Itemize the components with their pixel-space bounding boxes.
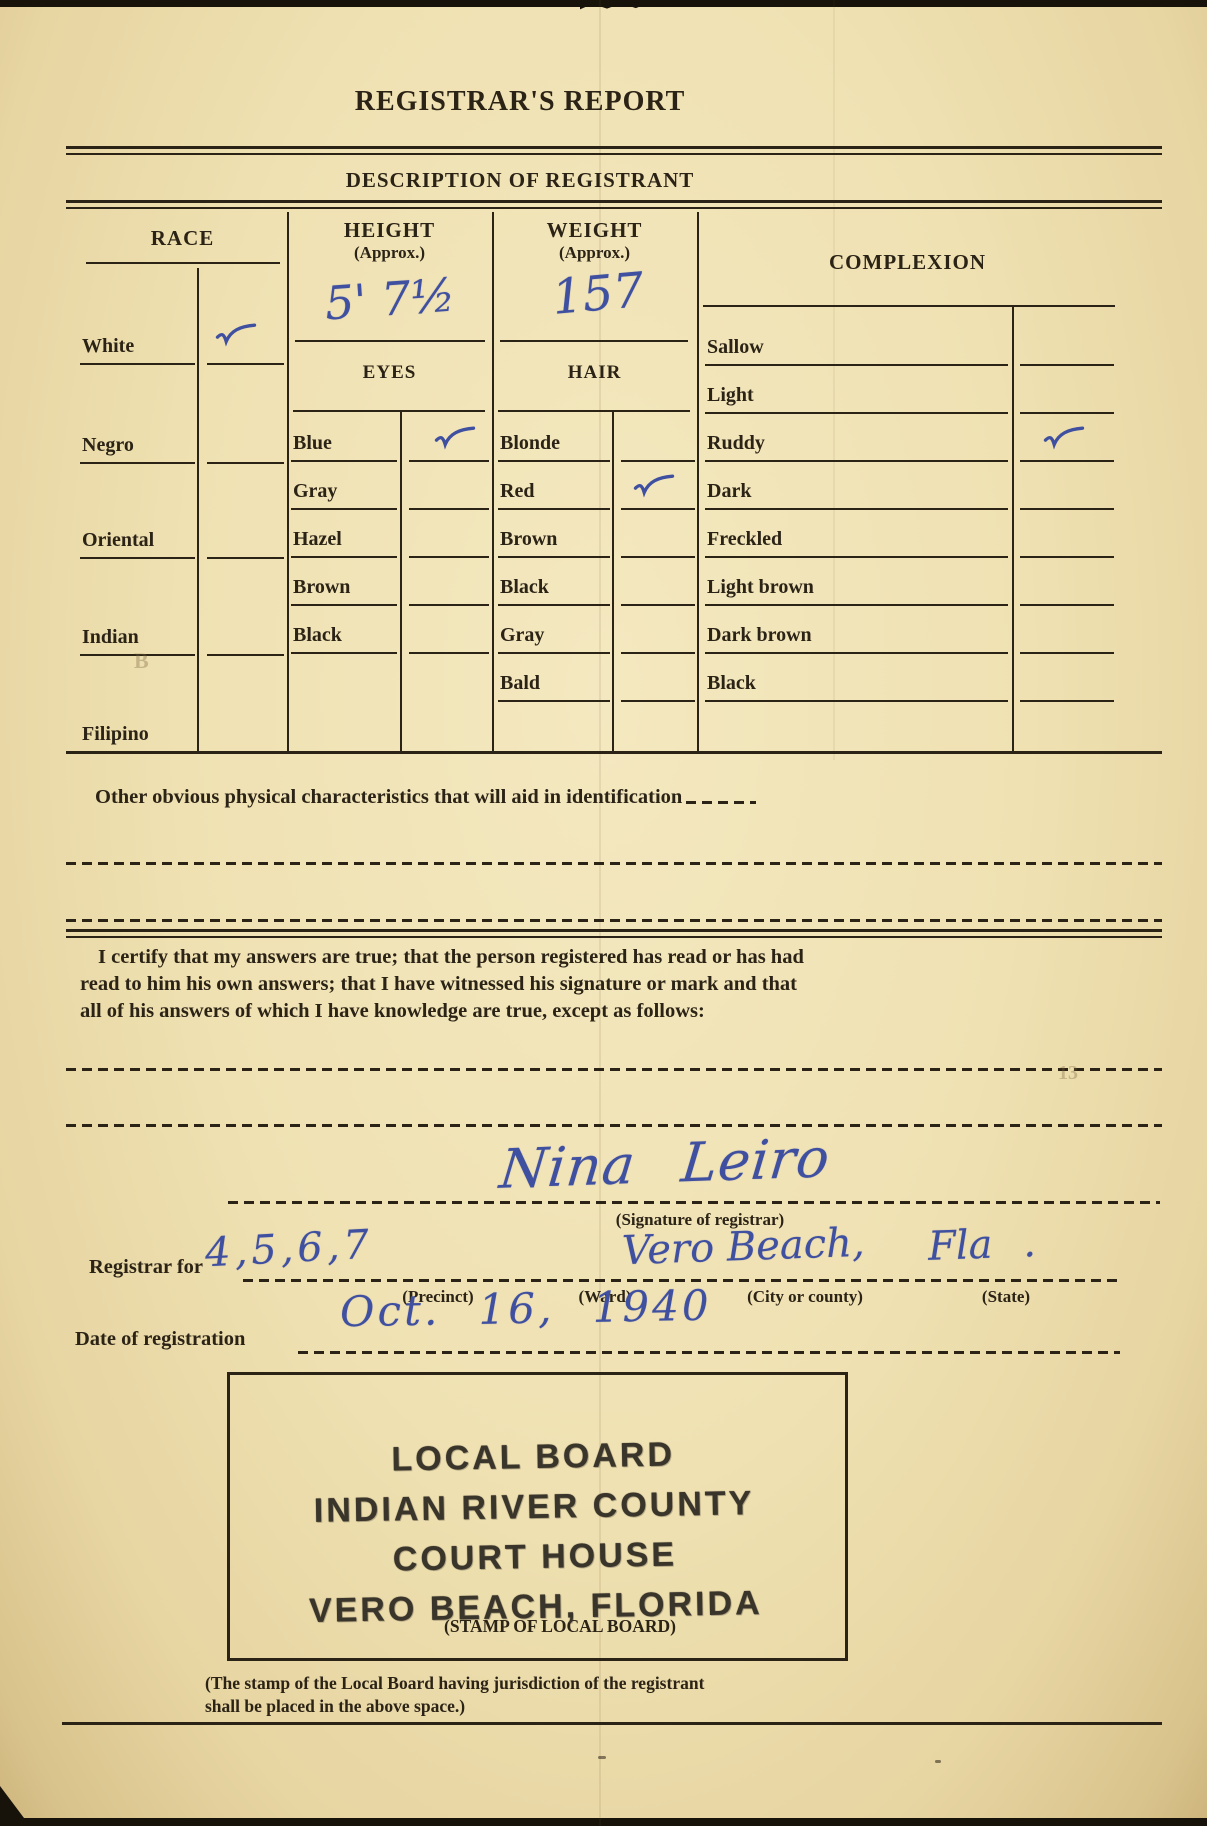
description-table: RACE White Negro Oriental Indian	[78, 212, 1118, 753]
check-line	[409, 508, 489, 510]
complexion-option-label: Sallow	[707, 336, 764, 359]
certification-line: read to him his own answers; that I have…	[80, 971, 964, 998]
table-bottom-rule	[66, 751, 1162, 754]
race-header-rule	[86, 262, 280, 264]
race-option-label: Oriental	[82, 529, 154, 552]
check-line	[207, 557, 284, 559]
check-line	[1020, 508, 1114, 510]
check-line	[1020, 460, 1114, 462]
fill-in-dashes	[686, 801, 756, 804]
race-option-label: Indian	[82, 626, 139, 649]
write-line	[498, 604, 610, 606]
stamp-note-line: (The stamp of the Local Board having jur…	[205, 1672, 925, 1695]
complexion-header: COMPLEXION	[697, 250, 1118, 275]
ink-speck	[598, 1756, 606, 1759]
blank-write-line	[66, 1068, 1162, 1071]
column-divider	[287, 212, 289, 753]
scan-bottom-edge	[0, 1818, 1207, 1826]
write-line	[80, 557, 195, 559]
complexion-option-label: Dark	[707, 480, 751, 503]
eyes-option-label: Brown	[293, 576, 350, 599]
height-subheader: (Approx.)	[287, 243, 492, 263]
hair-header: HAIR	[492, 362, 697, 384]
scan-corner-shadow	[0, 1786, 30, 1826]
blank-write-line	[66, 862, 1162, 865]
certification-line: all of his answers of which I have knowl…	[80, 998, 964, 1025]
check-line	[621, 604, 695, 606]
check-line	[409, 556, 489, 558]
check-line	[621, 508, 695, 510]
race-check-divider	[197, 268, 199, 753]
race-option-label: Filipino	[82, 723, 149, 746]
hair-option-label: Red	[500, 480, 534, 503]
write-line	[705, 556, 1008, 558]
write-line	[705, 604, 1008, 606]
state-value-handwriting: Fla .	[927, 1220, 1036, 1270]
footer-rule	[62, 1722, 1162, 1725]
write-line	[291, 604, 397, 606]
eyes-header: EYES	[287, 362, 492, 384]
height-value-handwriting: 5' 7½	[293, 265, 486, 332]
page-title: REGISTRAR'S REPORT	[0, 86, 1040, 118]
stamp-note: (The stamp of the Local Board having jur…	[205, 1672, 925, 1718]
double-rule	[66, 146, 1162, 155]
write-line	[705, 460, 1008, 462]
eyes-option-label: Black	[293, 624, 342, 647]
check-line	[207, 462, 284, 464]
column-divider	[697, 212, 699, 753]
height-value-rule	[295, 340, 485, 342]
check-line	[1020, 556, 1114, 558]
check-line	[1020, 700, 1114, 702]
registrars-report-scan: REGISTRAR'S REPORT DESCRIPTION OF REGIST…	[0, 0, 1207, 1826]
registrar-signature-handwriting: Nina Leiro	[497, 1126, 834, 1201]
write-line	[291, 556, 397, 558]
hair-option-label: Bald	[500, 672, 540, 695]
write-line	[705, 700, 1008, 702]
precinct-value-handwriting: 4,5,6,7	[204, 1222, 374, 1277]
eyes-option-label: Gray	[293, 480, 337, 503]
bleed-through-mark: 13	[1058, 1062, 1078, 1085]
checkmark-icon	[214, 323, 258, 347]
write-line	[705, 652, 1008, 654]
check-line	[621, 652, 695, 654]
date-of-registration-label: Date of registration	[75, 1328, 245, 1351]
check-line	[1020, 364, 1114, 366]
complexion-option-label: Dark brown	[707, 624, 812, 647]
write-line	[291, 460, 397, 462]
check-line	[409, 604, 489, 606]
certification-paragraph: I certify that my answers are true; that…	[80, 944, 964, 1025]
complexion-option-label: Light brown	[707, 576, 814, 599]
weight-header: WEIGHT	[492, 218, 697, 243]
hair-check-divider	[612, 410, 614, 753]
date-value-handwriting: Oct. 16, 1940	[340, 1281, 712, 1336]
double-rule	[66, 929, 1162, 938]
check-line	[621, 460, 695, 462]
date-line	[298, 1351, 1120, 1354]
check-line	[409, 460, 489, 462]
complexion-option-label: Light	[707, 384, 754, 407]
complexion-top-rule	[703, 305, 1115, 307]
other-characteristics-label: Other obvious physical characteristics t…	[95, 786, 682, 809]
height-header: HEIGHT	[287, 218, 492, 243]
write-line	[705, 412, 1008, 414]
blank-write-line	[66, 919, 1162, 922]
write-line	[80, 363, 195, 365]
write-line	[705, 364, 1008, 366]
complexion-check-divider	[1012, 305, 1014, 753]
eyes-option-label: Blue	[293, 432, 332, 455]
weight-value-rule	[500, 340, 688, 342]
check-line	[409, 652, 489, 654]
check-line	[1020, 412, 1114, 414]
write-line	[80, 462, 195, 464]
ink-speck	[935, 1760, 941, 1763]
hair-option-label: Brown	[500, 528, 557, 551]
complexion-option-label: Black	[707, 672, 756, 695]
stamp-note-line: shall be placed in the above space.)	[205, 1695, 925, 1718]
write-line	[498, 460, 610, 462]
checkmark-icon	[433, 426, 477, 450]
check-line	[621, 556, 695, 558]
write-line	[498, 652, 610, 654]
other-characteristics-row: Other obvious physical characteristics t…	[95, 786, 756, 809]
check-line	[207, 363, 284, 365]
race-header: RACE	[78, 226, 287, 251]
write-line	[498, 508, 610, 510]
write-line	[705, 508, 1008, 510]
complexion-option-label: Ruddy	[707, 432, 765, 455]
race-option-label: Negro	[82, 434, 134, 457]
signature-line	[228, 1201, 1160, 1204]
check-line	[621, 700, 695, 702]
check-line	[1020, 652, 1114, 654]
state-caption: (State)	[946, 1287, 1066, 1307]
city-value-handwriting: Vero Beach,	[621, 1220, 865, 1274]
check-line	[207, 654, 284, 656]
blank-write-line	[66, 1124, 1162, 1127]
eyes-check-divider	[400, 410, 402, 753]
local-board-stamp: LOCAL BOARD INDIAN RIVER COUNTY COURT HO…	[245, 1427, 823, 1637]
hair-option-label: Black	[500, 576, 549, 599]
write-line	[291, 508, 397, 510]
eyes-top-rule	[293, 410, 485, 412]
checkmark-icon	[1042, 426, 1086, 450]
registrar-for-label: Registrar for	[89, 1256, 203, 1279]
city-caption: (City or county)	[725, 1287, 885, 1307]
race-option-label: White	[82, 335, 134, 358]
check-line	[1020, 604, 1114, 606]
write-line	[498, 556, 610, 558]
column-divider	[492, 212, 494, 753]
write-line	[498, 700, 610, 702]
write-line	[291, 652, 397, 654]
bleed-through-mark: B	[134, 648, 149, 674]
certification-line: I certify that my answers are true; that…	[80, 944, 964, 971]
double-rule	[66, 200, 1162, 209]
weight-value-handwriting: 157	[506, 258, 690, 329]
hair-option-label: Blonde	[500, 432, 560, 455]
section-title: DESCRIPTION OF REGISTRANT	[0, 168, 1040, 193]
stamp-line: INDIAN RIVER COUNTY	[246, 1477, 822, 1537]
complexion-option-label: Freckled	[707, 528, 782, 551]
stamp-line: VERO BEACH, FLORIDA	[248, 1577, 824, 1637]
hair-option-label: Gray	[500, 624, 544, 647]
eyes-option-label: Hazel	[293, 528, 342, 551]
checkmark-icon	[632, 474, 676, 498]
hair-top-rule	[498, 410, 690, 412]
